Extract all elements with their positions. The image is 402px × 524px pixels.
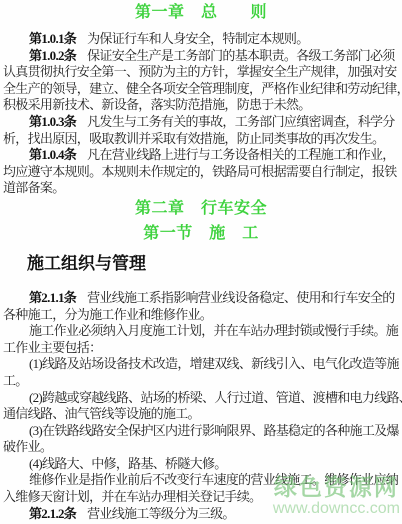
text-line: 工。 [3,373,399,390]
text-line: 第1.0.4条凡在营业线路上进行与工务设备相关的工程施工和作业， [3,147,399,164]
line-text: 为保证行车和人身安全，特制定本规则。 [87,31,308,46]
article-number: 第1.0.1条 [29,31,76,46]
line-text: 通信线路、油气管线等设施的施工。 [3,406,200,421]
line-text: 道部备案。 [3,180,65,195]
text-line: (4)线路大、中修，路基、桥隧大修。 [3,456,399,473]
text-line: 均应遵守本规则。本规则未作规定的，铁路局可根据需要自行制定，报铁 [3,164,399,181]
text-line: 施工作业必须纳入月度施工计划，并在车站办理封锁或慢行手续。施 [3,323,399,340]
text-line: (1)线路及站场设备技术改造，增建双线、新线引入、电气化改造等施 [3,356,399,373]
section-heading: 第一节 施 工 [3,225,399,242]
line-text: 各种施工，分为施工作业和维修作业。 [3,307,212,322]
line-text: 营业线施工系指影响营业线设备稳定、使用和行车安全的 [87,290,395,305]
line-text: (1)线路及站场设备技术改造，增建双线、新线引入、电气化改造等施 [29,356,399,371]
subsection-heading: 施工组织与管理 [27,254,399,273]
line-text: (2)跨越或穿越线路、站场的桥梁、人行过道、管道、渡槽和电力线路、 [29,390,402,405]
chapter-heading: 第一章 总 则 [3,4,399,21]
line-text: 入维修天窗计划，并在车站办理相关登记手续。 [3,489,261,504]
text-line: 工作业主要包括： [3,340,399,357]
line-text: 凡在营业线路上进行与工务设备相关的工程施工和作业， [87,147,395,162]
line-text: 维修作业是指作业前后不改变行车速度的营业线施工。维修作业应纳 [29,472,398,487]
text-line: 第1.0.2条保证安全生产是工务部门的基本职责。各级工务部门必须 [3,48,399,65]
chapter-heading: 第二章 行车安全 [3,200,399,217]
line-text: 均应遵守本规则。本规则未作规定的，铁路局可根据需要自行制定，报铁 [3,164,397,179]
line-text: 凡发生与工务有关的事故，工务部门应缜密调查，科学分 [87,114,395,129]
text-line: 维修作业是指作业前后不改变行车速度的营业线施工。维修作业应纳 [3,472,399,489]
text-line: (2)跨越或穿越线路、站场的桥梁、人行过道、管道、渡槽和电力线路、 [3,390,399,407]
line-text: 破作业。 [3,439,52,454]
line-text: 析，找出原因，吸取教训并采取有效措施，防止同类事故的再次发生。 [3,131,384,146]
text-line: 全生产的领导，建立、健全各项安全管理制度，严格作业纪律和劳动纪律， [3,81,399,98]
text-line: 破作业。 [3,439,399,456]
line-text: (4)线路大、中修，路基、桥隧大修。 [29,456,227,471]
line-text: 工。 [3,373,28,388]
line-text: 工作业主要包括： [3,340,101,355]
article-number: 第2.1.2条 [29,506,76,521]
text-line: 第1.0.1条为保证行车和人身安全，特制定本规则。 [3,31,399,48]
text-line: 第2.1.1条营业线施工系指影响营业线设备稳定、使用和行车安全的 [3,290,399,307]
text-line: 第2.1.2条营业线施工等级分为三级。 [3,506,399,523]
line-text: 营业线施工等级分为三级。 [87,506,235,521]
line-text: 保证安全生产是工务部门的基本职责。各级工务部门必须 [87,48,395,63]
line-text: 全生产的领导，建立、健全各项安全管理制度，严格作业纪律和劳动纪律， [3,81,402,96]
document-body: 第一章 总 则第1.0.1条为保证行车和人身安全，特制定本规则。第1.0.2条保… [3,4,399,522]
line-text: (3)在铁路线路安全保护区内进行影响限界、路基稳定的各种施工及爆 [29,423,399,438]
article-number: 第1.0.4条 [29,147,76,162]
text-line: 通信线路、油气管线等设施的施工。 [3,406,399,423]
text-line: (3)在铁路线路安全保护区内进行影响限界、路基稳定的各种施工及爆 [3,423,399,440]
article-number: 第1.0.2条 [29,48,76,63]
text-line: 第1.0.3条凡发生与工务有关的事故，工务部门应缜密调查，科学分 [3,114,399,131]
text-line: 析，找出原因，吸取教训并采取有效措施，防止同类事故的再次发生。 [3,131,399,148]
line-text: 积极采用新技术、新设备，落实防范措施，防患于未然。 [3,97,311,112]
text-line: 道部备案。 [3,180,399,197]
article-number: 第1.0.3条 [29,114,76,129]
text-line: 入维修天窗计划，并在车站办理相关登记手续。 [3,489,399,506]
text-line: 各种施工，分为施工作业和维修作业。 [3,307,399,324]
line-text: 施工作业必须纳入月度施工计划，并在车站办理封锁或慢行手续。施 [29,323,398,338]
document-page: 第一章 总 则第1.0.1条为保证行车和人身安全，特制定本规则。第1.0.2条保… [0,0,402,524]
article-number: 第2.1.1条 [29,290,76,305]
text-line: 认真贯彻执行安全第一、预防为主的方针，掌握安全生产规律，加强对安 [3,64,399,81]
text-line: 积极采用新技术、新设备，落实防范措施，防患于未然。 [3,97,399,114]
line-text: 认真贯彻执行安全第一、预防为主的方针，掌握安全生产规律，加强对安 [3,64,397,79]
